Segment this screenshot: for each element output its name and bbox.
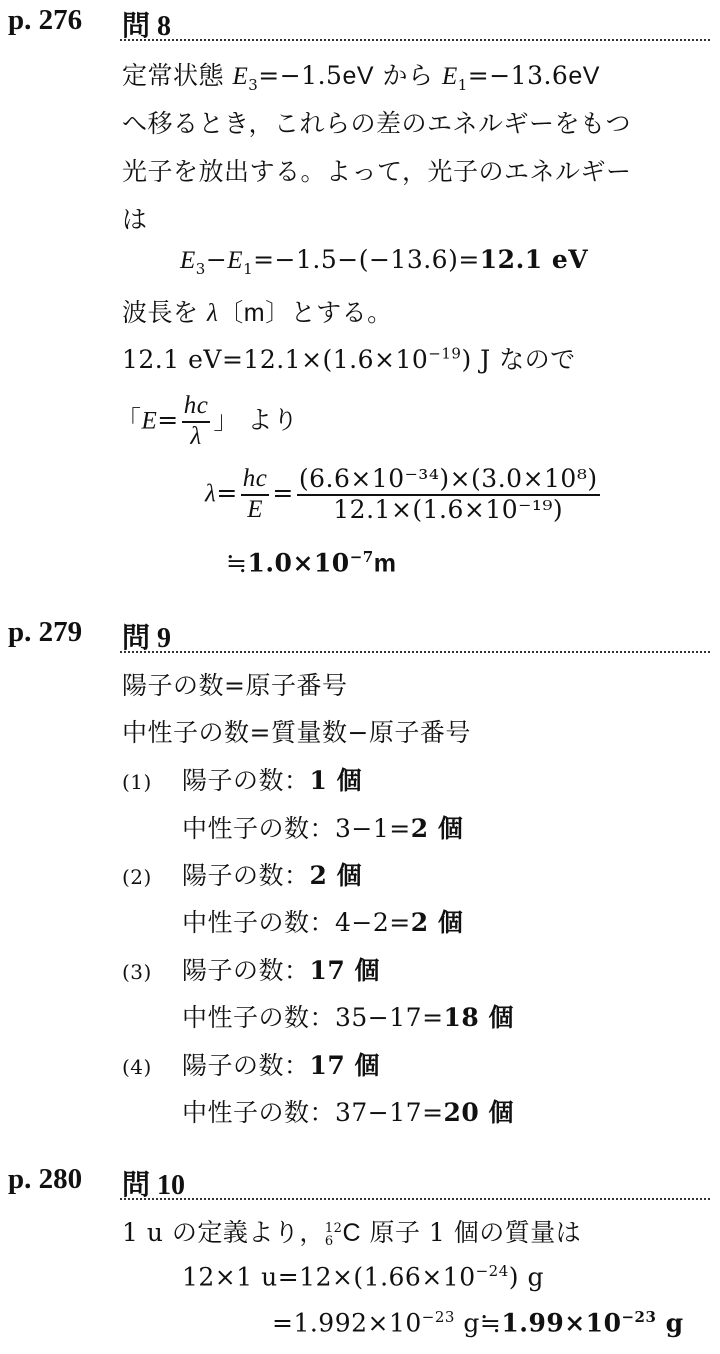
text-line: 中性子の数=質量数−原子番号	[122, 713, 471, 749]
item-label: (4)	[122, 1055, 182, 1079]
text: 波長を	[122, 298, 207, 327]
text: 陽子の数：	[182, 1051, 310, 1080]
item-label: (2)	[122, 865, 182, 889]
exponent: −23	[422, 1308, 455, 1326]
operator: ≒	[226, 548, 247, 577]
text: 12.1 eV=12.1×(1.6×10	[122, 345, 428, 374]
text: 中性子の数：3−1=	[182, 814, 411, 843]
formula-line: 「E=hcλ」 より	[116, 392, 298, 452]
subscript: 1	[243, 260, 253, 278]
denominator: λ	[190, 423, 201, 452]
unit: g	[656, 1308, 683, 1337]
dotted-divider	[120, 1198, 710, 1200]
answer: 1 個	[310, 766, 363, 795]
text: ) J なので	[461, 345, 575, 374]
subscript: 1	[458, 76, 468, 94]
text: 陽子の数：	[182, 766, 310, 795]
item-label: (1)	[122, 770, 182, 794]
fraction: hcE	[241, 465, 270, 525]
text: 1 u の定義より，	[122, 1218, 325, 1247]
text: とする。	[291, 298, 393, 327]
text-line: 陽子の数=原子番号	[122, 666, 347, 702]
list-item: 中性子の数：35−17=18 個	[182, 998, 514, 1034]
unit: 〔m〕	[218, 299, 290, 327]
numerator: hc	[182, 392, 211, 423]
dotted-divider	[120, 651, 710, 653]
equation: E3−E1=−1.5−(−13.6)=12.1 eV	[180, 245, 588, 278]
element-symbol: C	[342, 1219, 361, 1247]
numerator: (6.6×10⁻³⁴)×(3.0×10⁸)	[297, 465, 600, 496]
atomic-number: 6	[325, 1235, 343, 1248]
answer: 2 個	[310, 861, 363, 890]
denominator: 12.1×(1.6×10⁻¹⁹)	[333, 496, 563, 525]
bracket: 」	[213, 405, 239, 434]
text: 12×1 u=12×(1.66×10	[182, 1262, 476, 1291]
fraction: (6.6×10⁻³⁴)×(3.0×10⁸)12.1×(1.6×10⁻¹⁹)	[297, 465, 600, 525]
subscript: 3	[196, 260, 206, 278]
symbol: E	[227, 247, 243, 274]
operator: =	[216, 478, 237, 507]
list-item: 中性子の数：3−1=2 個	[182, 809, 463, 845]
text: =−1.5	[258, 61, 342, 90]
list-item: (1)陽子の数：1 個	[122, 761, 362, 797]
numerator: hc	[241, 465, 270, 496]
answer: 20 個	[444, 1098, 515, 1127]
exponent: −7	[350, 548, 374, 566]
text: 中性子の数：37−17=	[182, 1098, 444, 1127]
mass-number: 12	[325, 1222, 343, 1235]
isotope-notation: 126	[325, 1222, 343, 1248]
answer: 1.0×10	[247, 548, 349, 577]
operator: −	[206, 245, 227, 274]
exponent: −19	[428, 345, 461, 363]
exponent: −24	[476, 1262, 509, 1280]
operator: =	[157, 405, 178, 434]
symbol: λ	[205, 480, 216, 507]
equation: λ=hcE=(6.6×10⁻³⁴)×(3.0×10⁸)12.1×(1.6×10⁻…	[205, 465, 603, 525]
answer: 12.1 eV	[480, 245, 588, 274]
list-item: 中性子の数：4−2=2 個	[182, 903, 463, 939]
denominator: E	[247, 496, 263, 525]
text: =−1.5−(−13.6)=	[253, 245, 480, 274]
equation: 12×1 u=12×(1.66×10−24) g	[182, 1262, 544, 1291]
symbol: E	[142, 407, 158, 434]
question-title: 問 8	[122, 4, 171, 44]
text: から	[374, 61, 442, 90]
unit: eV	[568, 62, 600, 90]
list-item: (4)陽子の数：17 個	[122, 1046, 380, 1082]
answer: 2 個	[411, 814, 464, 843]
text: ) g	[509, 1262, 544, 1291]
list-item: 中性子の数：37−17=20 個	[182, 1093, 514, 1129]
answer-line: ≒1.0×10−7m	[226, 548, 396, 578]
page-number: p. 280	[8, 1163, 82, 1196]
answer: 1.99×10	[501, 1308, 621, 1337]
unit: eV	[342, 62, 374, 90]
text: g≒	[455, 1308, 501, 1337]
text-line: 12.1 eV=12.1×(1.6×10−19) J なので	[122, 340, 576, 376]
item-label: (3)	[122, 960, 182, 984]
text: 原子 1 個の質量は	[361, 1218, 581, 1247]
dotted-divider	[120, 39, 710, 41]
fraction: hcλ	[182, 392, 211, 452]
text: =1.992×10	[272, 1308, 422, 1337]
answer: 17 個	[310, 956, 381, 985]
exponent: −23	[621, 1308, 656, 1326]
symbol: λ	[207, 300, 218, 327]
bracket: 「	[116, 405, 142, 434]
text-line: 波長を λ〔m〕とする。	[122, 293, 393, 329]
unit: m	[374, 549, 397, 577]
answer: 18 個	[444, 1003, 515, 1032]
text-line: 定常状態 E3=−1.5eV から E1=−13.6eV	[122, 56, 600, 94]
text: =−13.6	[468, 61, 569, 90]
page-number: p. 279	[8, 616, 82, 649]
text: 中性子の数：4−2=	[182, 908, 411, 937]
symbol: E	[442, 63, 458, 90]
list-item: (2)陽子の数：2 個	[122, 856, 362, 892]
symbol: E	[180, 247, 196, 274]
subscript: 3	[248, 76, 258, 94]
text-line: へ移るとき，これらの差のエネルギーをもつ	[122, 104, 631, 140]
symbol: E	[232, 63, 248, 90]
text: より	[239, 405, 298, 434]
question-title: 問 10	[122, 1163, 185, 1203]
text: 陽子の数：	[182, 956, 310, 985]
text-line: 1 u の定義より，126C 原子 1 個の質量は	[122, 1213, 581, 1249]
question-title: 問 9	[122, 616, 171, 656]
list-item: (3)陽子の数：17 個	[122, 951, 380, 987]
text: 中性子の数：35−17=	[182, 1003, 444, 1032]
text-line: は	[122, 200, 148, 236]
page-number: p. 276	[8, 4, 82, 37]
text: 陽子の数：	[182, 861, 310, 890]
answer: 2 個	[411, 908, 464, 937]
answer: 17 個	[310, 1051, 381, 1080]
operator: =	[272, 478, 293, 507]
text: 定常状態	[122, 61, 232, 90]
text-line: 光子を放出する。よって，光子のエネルギー	[122, 152, 632, 188]
answer-line: =1.992×10−23 g≒1.99×10−23 g	[272, 1308, 684, 1337]
